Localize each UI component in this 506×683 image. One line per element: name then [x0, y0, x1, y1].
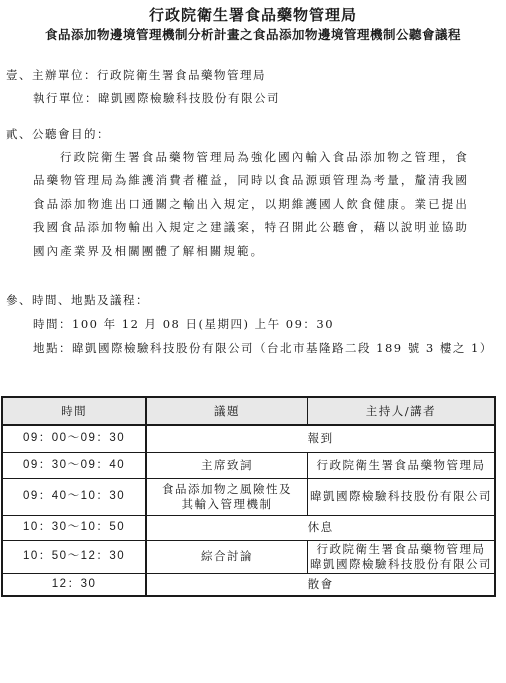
- row-topic: 食品添加物之風險性及 其輸入管理機制: [146, 478, 307, 515]
- page-subtitle: 食品添加物邊境管理機制分析計畫之食品添加物邊境管理機制公聽會議程: [0, 25, 506, 43]
- table-row: 09：40～10：30 食品添加物之風險性及 其輸入管理機制 暐凱國際檢驗科技股…: [2, 478, 495, 515]
- row-topic: 綜合討論: [146, 540, 307, 573]
- table-row: 09：00～09：30 報到: [2, 425, 495, 452]
- table-row: 10：30～10：50 休息: [2, 515, 495, 540]
- meeting-place: 地點：暐凱國際檢驗科技股份有限公司（台北市基隆路二段 189 號 3 樓之 1）: [33, 340, 493, 356]
- table-row: 12：30 散會: [2, 573, 495, 596]
- row-time: 10：50～12：30: [2, 540, 146, 573]
- agenda-table: 時間 議題 主持人/講者 09：00～09：30 報到 09：30～09：40 …: [1, 396, 496, 597]
- row-speaker-line1: 行政院衛生署食品藥物管理局: [310, 542, 492, 557]
- table-row: 10：50～12：30 綜合討論 行政院衛生署食品藥物管理局 暐凱國際檢驗科技股…: [2, 540, 495, 573]
- executor-line: 執行單位：暐凱國際檢驗科技股份有限公司: [33, 90, 280, 106]
- header-speaker: 主持人/講者: [307, 397, 495, 425]
- row-topic-line1: 食品添加物之風險性及: [149, 482, 305, 497]
- row-speaker: 行政院衛生署食品藥物管理局: [307, 452, 495, 478]
- header-time: 時間: [2, 397, 146, 425]
- row-speaker: 暐凱國際檢驗科技股份有限公司: [307, 478, 495, 515]
- table-header-row: 時間 議題 主持人/講者: [2, 397, 495, 425]
- organizer-line: 壹、主辦單位：行政院衛生署食品藥物管理局: [6, 67, 266, 83]
- row-topic: 休息: [146, 515, 495, 540]
- row-time: 09：00～09：30: [2, 425, 146, 452]
- row-time: 10：30～10：50: [2, 515, 146, 540]
- page-title: 行政院衛生署食品藥物管理局: [0, 4, 506, 25]
- row-time: 09：30～09：40: [2, 452, 146, 478]
- row-speaker: 行政院衛生署食品藥物管理局 暐凱國際檢驗科技股份有限公司: [307, 540, 495, 573]
- row-speaker-line2: 暐凱國際檢驗科技股份有限公司: [310, 557, 492, 572]
- row-topic: 報到: [146, 425, 495, 452]
- row-topic-line2: 其輸入管理機制: [149, 497, 305, 512]
- row-topic: 散會: [146, 573, 495, 596]
- header-topic: 議題: [146, 397, 307, 425]
- purpose-paragraph: 行政院衛生署食品藥物管理局為強化國內輸入食品添加物之管理，食品藥物管理局為維護消…: [33, 146, 469, 263]
- schedule-heading: 參、時間、地點及議程：: [6, 292, 149, 308]
- table-row: 09：30～09：40 主席致詞 行政院衛生署食品藥物管理局: [2, 452, 495, 478]
- row-topic: 主席致詞: [146, 452, 307, 478]
- purpose-heading: 貳、公聽會目的：: [6, 126, 110, 142]
- meeting-time: 時間：100 年 12 月 08 日(星期四) 上午 09：30: [33, 316, 334, 332]
- row-time: 12：30: [2, 573, 146, 596]
- row-time: 09：40～10：30: [2, 478, 146, 515]
